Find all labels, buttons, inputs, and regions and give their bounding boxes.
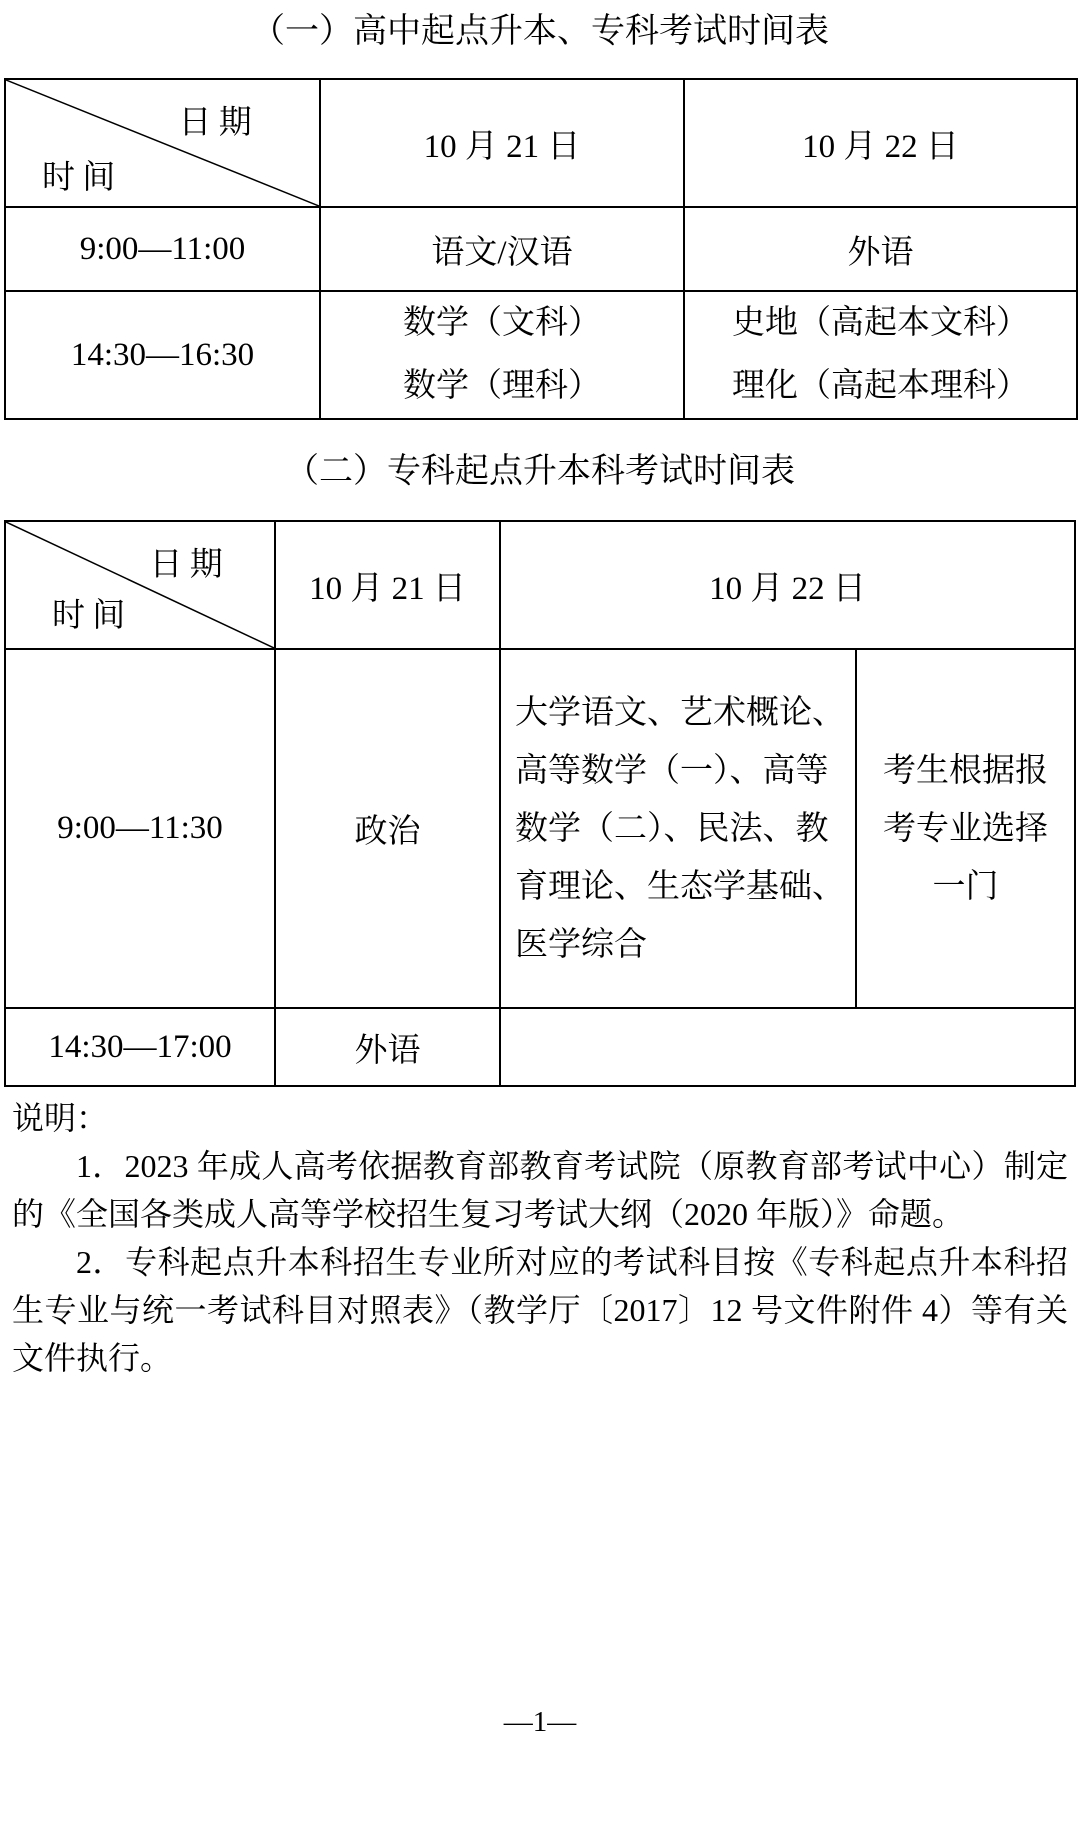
table-row: 9:00—11:00 语文/汉语 外语 <box>5 207 1077 291</box>
subject-list-cell: 大学语文、艺术概论、高等数学（一）、高等数学（二）、民法、教育理论、生态学基础、… <box>500 649 856 1008</box>
time-slot-cell: 14:30—16:30 <box>5 291 320 419</box>
column-header-oct22: 10 月 22 日 <box>500 521 1075 649</box>
diagonal-divider-line <box>6 522 274 648</box>
subject-cell: 政治 <box>275 649 500 1008</box>
table-row: 14:30—17:00 外语 <box>5 1008 1075 1086</box>
note-text: 考生根据报考专业选择一门 <box>880 742 1052 916</box>
time-slot-cell: 9:00—11:30 <box>5 649 275 1008</box>
college-start-timetable: 日期 时间 10 月 21 日 10 月 22 日 9:00—11:30 政治 … <box>4 520 1076 1087</box>
diagonal-header-cell: 日期 时间 <box>5 521 275 649</box>
table-header-row: 日期 时间 10 月 21 日 10 月 22 日 <box>5 521 1075 649</box>
column-header-oct21: 10 月 21 日 <box>275 521 500 649</box>
subject-cell: 外语 <box>275 1008 500 1086</box>
page-number: —1— <box>0 1706 1080 1739</box>
date-corner-label: 日期 <box>178 96 259 143</box>
time-corner-label: 时间 <box>52 589 133 636</box>
table-row: 9:00—11:30 政治 大学语文、艺术概论、高等数学（一）、高等数学（二）、… <box>5 649 1075 1008</box>
time-slot-cell: 14:30—17:00 <box>5 1008 275 1086</box>
note-item-2: 2．专科起点升本科招生专业所对应的考试科目按《专科起点升本科招生专业与统一考试科… <box>12 1238 1068 1382</box>
subject-list-text: 大学语文、艺术概论、高等数学（一）、高等数学（二）、民法、教育理论、生态学基础、… <box>515 684 849 974</box>
subject-cell: 数学（文科） 数学（理科） <box>320 291 684 419</box>
table-row: 14:30—16:30 数学（文科） 数学（理科） 史地（高起本文科） 理化（高… <box>5 291 1077 419</box>
subject-line: 数学（文科） <box>321 292 683 355</box>
notes-heading: 说明： <box>12 1094 1068 1142</box>
notes-section: 说明： 1．2023 年成人高考依据教育部教育考试院（原教育部考试中心）制定的《… <box>12 1094 1068 1382</box>
note-cell: 考生根据报考专业选择一门 <box>856 649 1075 1008</box>
date-corner-label: 日期 <box>149 538 230 585</box>
subject-line: 数学（理科） <box>321 355 683 418</box>
diagonal-header-cell: 日期 时间 <box>5 79 320 207</box>
time-corner-label: 时间 <box>42 151 123 198</box>
subject-line: 史地（高起本文科） <box>685 292 1076 355</box>
high-school-start-timetable: 日期 时间 10 月 21 日 10 月 22 日 9:00—11:00 语文/… <box>4 78 1078 420</box>
subject-cell: 史地（高起本文科） 理化（高起本理科） <box>684 291 1077 419</box>
subject-line: 理化（高起本理科） <box>685 355 1076 418</box>
table1-title: （一）高中起点升本、专科考试时间表 <box>0 12 1080 52</box>
column-header-oct21: 10 月 21 日 <box>320 79 684 207</box>
table-header-row: 日期 时间 10 月 21 日 10 月 22 日 <box>5 79 1077 207</box>
empty-cell <box>500 1008 1075 1086</box>
subject-cell: 外语 <box>684 207 1077 291</box>
note-item-1: 1．2023 年成人高考依据教育部教育考试院（原教育部考试中心）制定的《全国各类… <box>12 1142 1068 1238</box>
table2-title: （二）专科起点升本科考试时间表 <box>0 452 1080 492</box>
column-header-oct22: 10 月 22 日 <box>684 79 1077 207</box>
subject-cell: 语文/汉语 <box>320 207 684 291</box>
time-slot-cell: 9:00—11:00 <box>5 207 320 291</box>
